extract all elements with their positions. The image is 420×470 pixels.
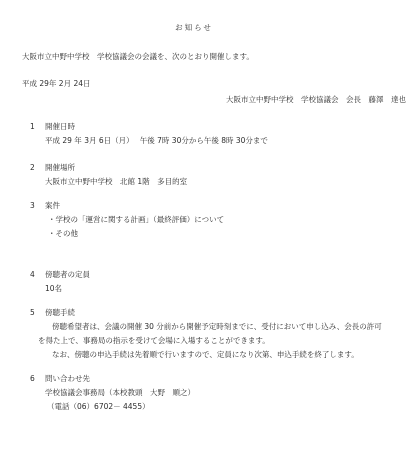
section-heading-label: 開催場所 bbox=[45, 163, 75, 172]
section-observer-capacity: 4傍聴者の定員 10名 bbox=[0, 268, 420, 296]
section-line: 大阪市立中野中学校 北館 1階 多目的室 bbox=[45, 175, 420, 189]
section-heading-label: 傍聴手続 bbox=[45, 308, 75, 317]
section-heading: 1開催日時 bbox=[0, 120, 420, 134]
agenda-bullet-item: ・その他 bbox=[48, 227, 420, 241]
section-meeting-place: 2開催場所 大阪市立中野中学校 北館 1階 多目的室 bbox=[0, 161, 420, 189]
section-heading-label: 案件 bbox=[45, 201, 60, 210]
section-number: 4 bbox=[30, 268, 45, 282]
section-heading: 2開催場所 bbox=[0, 161, 420, 175]
section-heading-label: 開催日時 bbox=[45, 122, 75, 131]
agenda-bullet-item: ・学校の「運営に関する計画」（最終評価）について bbox=[48, 213, 420, 227]
signature-line: 大阪市立中野中学校 学校協議会 会長 藤澤 達也 bbox=[0, 93, 406, 107]
section-heading: 5傍聴手続 bbox=[0, 306, 420, 320]
section-heading-label: 傍聴者の定員 bbox=[45, 270, 90, 279]
section-number: 3 bbox=[30, 199, 45, 213]
notice-document: お知らせ 大阪市立中野中学校 学校協議会の会議を、次のとおり開催します。 平成 … bbox=[0, 0, 420, 470]
section-heading: 3案件 bbox=[0, 199, 420, 213]
section-line: なお、傍聴の申込手続は先着順で行いますので、定員になり次第、申込手続を終了します… bbox=[52, 348, 420, 362]
section-agenda: 3案件 ・学校の「運営に関する計画」（最終評価）について ・その他 bbox=[0, 199, 420, 241]
section-number: 6 bbox=[30, 372, 45, 386]
section-number: 5 bbox=[30, 306, 45, 320]
section-heading: 4傍聴者の定員 bbox=[0, 268, 420, 282]
section-contact: 6問い合わせ先 学校協議会事務局（本校教頭 大野 順之） （電話（06）6702… bbox=[0, 372, 420, 414]
section-number: 2 bbox=[30, 161, 45, 175]
section-line: を得た上で、事務局の指示を受けて会場に入場することができます。 bbox=[38, 334, 420, 348]
section-line: 傍聴希望者は、会議の開催 30 分前から開催予定時刻までに、受付において申し込み… bbox=[52, 320, 420, 334]
issue-date: 平成 29年 2月 24日 bbox=[22, 77, 420, 91]
intro-line: 大阪市立中野中学校 学校協議会の会議を、次のとおり開催します。 bbox=[22, 50, 420, 64]
contact-office-line: 学校協議会事務局（本校教頭 大野 順之） bbox=[45, 386, 420, 400]
section-number: 1 bbox=[30, 120, 45, 134]
document-title: お知らせ bbox=[0, 21, 388, 35]
section-heading: 6問い合わせ先 bbox=[0, 372, 420, 386]
section-meeting-datetime: 1開催日時 平成 29 年 3月 6日（月） 午後 7時 30分から午後 8時 … bbox=[0, 120, 420, 148]
section-line: 平成 29 年 3月 6日（月） 午後 7時 30分から午後 8時 30分まで bbox=[45, 134, 420, 148]
section-heading-label: 問い合わせ先 bbox=[45, 374, 90, 383]
section-observation-procedure: 5傍聴手続 傍聴希望者は、会議の開催 30 分前から開催予定時刻までに、受付にお… bbox=[0, 306, 420, 362]
contact-phone-line: （電話（06）6702－ 4455） bbox=[47, 400, 420, 414]
section-line: 10名 bbox=[45, 282, 420, 296]
